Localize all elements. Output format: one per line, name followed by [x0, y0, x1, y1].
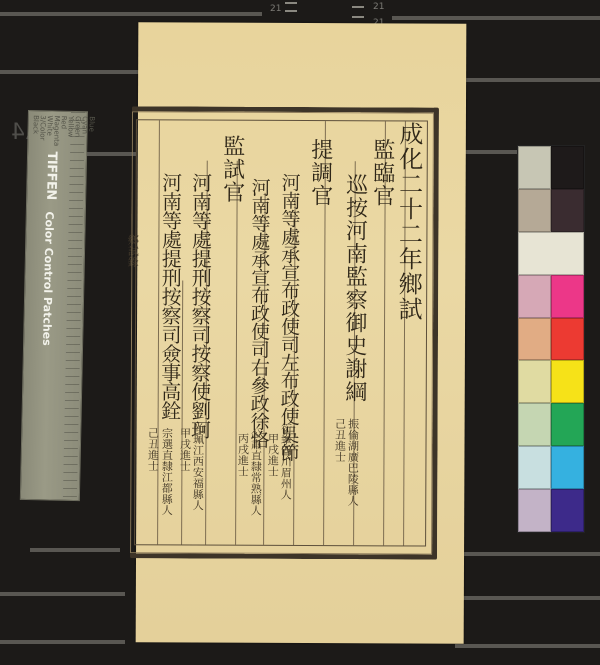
color-patch-taupe	[518, 189, 551, 232]
ruler-scale	[63, 112, 85, 500]
scanner-guide-line	[30, 548, 120, 552]
scanner-guide-line	[0, 640, 125, 644]
official-note-degree: 己丑進士	[146, 427, 158, 471]
column-rule	[235, 161, 238, 545]
official-note-origin: 尚珮江西安福縣人	[191, 423, 203, 511]
official-note-origin: 公肅直隸常熟縣人	[249, 428, 261, 516]
color-patch-cyan	[551, 446, 584, 489]
section-heading: 監臨官	[370, 138, 394, 207]
color-patch-yellow	[551, 360, 584, 403]
official-name: 河南等處承宣布政使司右參政徐恪	[248, 178, 269, 448]
official-name: 巡按河南監察御史謝綱	[342, 173, 367, 403]
color-patch-green	[551, 403, 584, 446]
color-patch-dark-brown	[551, 189, 584, 232]
scanner-guide-line	[455, 596, 600, 600]
color-control-ruler: Blue Cyan Green Yellow Red Magenta White…	[20, 110, 88, 501]
color-patch-red	[551, 318, 584, 361]
color-patch-white	[518, 232, 584, 275]
scanner-guide-line	[0, 592, 125, 596]
section-heading: 監試官	[220, 135, 244, 204]
color-patch-black	[551, 146, 584, 189]
scale-tick	[285, 2, 297, 4]
scanner-guide-line	[0, 12, 262, 16]
official-note-degree: 丙戌進士	[236, 433, 248, 477]
document-title: 成化二十二年鄉試	[395, 121, 422, 321]
official-note-degree: 甲戌進士	[178, 427, 190, 471]
color-patch-magenta	[551, 275, 584, 318]
official-note-origin: 振倫湖廣巴陵縣人	[346, 418, 358, 506]
color-patch-blue-violet	[551, 489, 584, 532]
document-page: 鄉試錄 成化二十二年鄉試 監臨官 巡按河南監察御史謝綱 振倫湖廣巴陵縣人 己丑進…	[136, 22, 467, 643]
scale-number: 21	[270, 4, 281, 14]
color-patch-pale-green	[518, 403, 551, 446]
scanner-guide-line	[465, 150, 525, 154]
scale-tick	[352, 16, 364, 18]
scanner-guide-line	[455, 644, 600, 648]
section-heading: 提調官	[308, 138, 332, 207]
official-name: 河南等處承宣布政使司左布政使吳節	[278, 173, 299, 461]
ruler-title: Color Control Patches	[40, 211, 56, 346]
scale-tick	[352, 6, 364, 8]
color-patch-pale-pink	[518, 275, 551, 318]
scanner-guide-line	[0, 70, 140, 74]
ruler-swatch-labels: Blue Cyan Green Yellow Red Magenta White…	[31, 115, 95, 165]
scanner-guide-line	[465, 78, 600, 82]
scanner-guide-line	[455, 552, 600, 556]
color-calibration-chart	[517, 145, 585, 533]
official-note-origin: 宗選直隸江都縣人	[160, 427, 172, 515]
scale-number: 21	[373, 2, 384, 12]
official-name: 河南等處提刑按察司按察使劉珂	[189, 173, 211, 439]
official-name: 河南等處提刑按察司僉事高銓	[159, 172, 181, 419]
color-patch-pale-yellow	[518, 360, 551, 403]
scale-tick	[285, 10, 297, 12]
official-note-degree: 己丑進士	[333, 418, 345, 462]
color-patch-pale-orange	[518, 318, 551, 361]
official-note-origin: 衍峯四川眉州人	[279, 423, 291, 500]
swatch-label: Black	[31, 115, 39, 146]
color-patch-light-gray	[518, 146, 551, 189]
color-patch-pale-violet	[518, 489, 551, 532]
color-patch-pale-cyan	[518, 446, 551, 489]
scanner-guide-line	[392, 16, 600, 20]
ruler-brand-logo: TIFFEN	[43, 151, 59, 200]
